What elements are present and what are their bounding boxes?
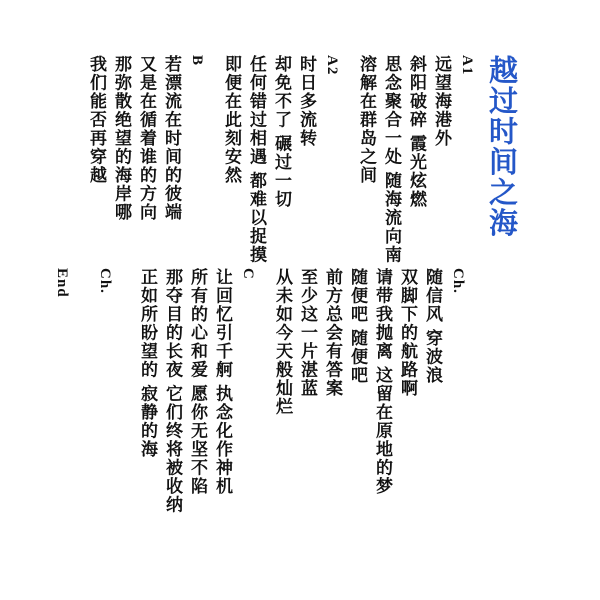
lyric-line: 所有的心和爱 愿你无坚不陷 (185, 268, 210, 534)
lyric-line: 请带我抛离 这留在原地的梦 (370, 268, 395, 534)
section-label-ch-0: Ch. (445, 268, 470, 534)
section-label-end-3: End (49, 268, 74, 534)
lyric-line: 随信风 穿波浪 (420, 268, 445, 534)
lyric-line: 双脚下的航路啊 (395, 268, 420, 534)
lyric-line: 那夺目的长夜 它们终将被收纳 (160, 268, 185, 534)
song-title: 越过时间之海 (484, 55, 518, 305)
lyric-line: 前方总会有答案 (320, 268, 345, 534)
lyric-line: 正如所盼望的 寂静的海 (135, 268, 160, 534)
lyric-line: 至少这一片湛蓝 (295, 268, 320, 534)
section-label-ch-2: Ch. (92, 268, 117, 534)
lyrics-page: 越过时间之海 A1远望海港外斜阳破碎 霞光炫燃思念聚合一处 随海流向南溶解在群岛… (0, 0, 600, 600)
lyric-line: 让回忆引千舸 执念化作神机 (210, 268, 235, 534)
section-label-c-1: C (235, 268, 260, 534)
lyric-line: 随便吧 随便吧 (345, 268, 370, 534)
lyrics-bottom-block: Ch.随信风 穿波浪双脚下的航路啊请带我抛离 这留在原地的梦随便吧 随便吧前方总… (49, 268, 470, 534)
lyric-line: 从未如今天般灿烂 (270, 268, 295, 534)
